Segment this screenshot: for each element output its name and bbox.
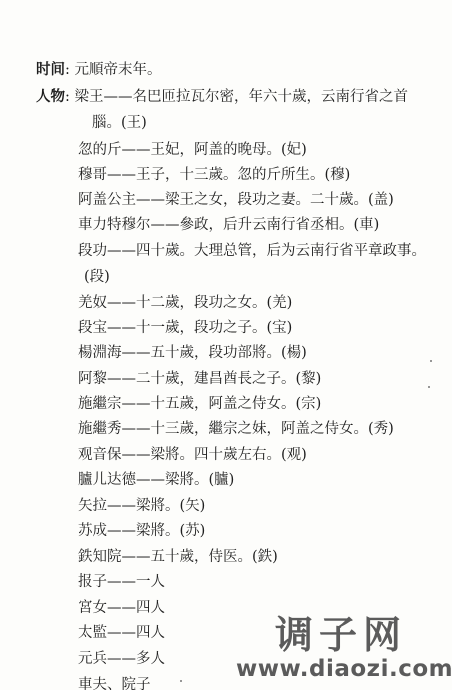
cast-entry: 羌奴——十二歲，段功之女。(羌) — [78, 294, 292, 312]
cast-entry: 鉄知院——五十歲，侍医。(鉄) — [78, 548, 278, 566]
cast-entry: 阿黎——二十歲，建昌酋長之子。(黎) — [78, 370, 321, 388]
cast-row-first: 人物: 梁王——名巴匝拉瓦尔密，年六十歲，云南行省之首 — [36, 88, 408, 106]
cast-entry: 段功——四十歲。大理总管，后为云南行省平章政事。 — [78, 242, 426, 260]
cast-entry: 楊淵海——五十歲，段功部將。(楊) — [78, 344, 307, 362]
cast-entry: 忽的斤——王妃，阿盖的晚母。(妃) — [78, 141, 307, 159]
watermark-site-name: 调子网 — [236, 614, 446, 656]
cast-label: 人物 — [36, 89, 65, 105]
cast-entry-liangwang-cont: 腦。(王) — [92, 114, 147, 132]
cast-entry-cont: (段) — [84, 268, 110, 286]
cast-entry: 施繼宗——十五歲，阿盖之侍女。(宗) — [78, 395, 321, 413]
cast-entry: 元兵——多人 — [78, 650, 165, 668]
scan-speck — [428, 386, 430, 388]
cast-colon: : — [65, 89, 70, 105]
cast-entry: 矢拉——梁將。(矢) — [78, 497, 205, 515]
scan-speck — [180, 680, 182, 682]
cast-entry: 报子——一人 — [78, 573, 165, 591]
scan-speck — [430, 360, 432, 362]
cast-entry-liangwang: 梁王——名巴匝拉瓦尔密，年六十歲，云南行省之首 — [75, 89, 409, 105]
watermark-url: www.diaozi.com — [236, 656, 446, 682]
watermark: 调子网 www.diaozi.com — [236, 614, 446, 682]
cast-entry: 施繼秀——十三歲，繼宗之妹，阿盖之侍女。(秀) — [78, 420, 394, 438]
cast-entry: 車力特穆尔——參政，后升云南行省丞相。(車) — [78, 216, 379, 234]
cast-entry: 穆哥——王子，十三歲。忽的斤所生。(穆) — [78, 166, 350, 184]
time-label: 时间 — [36, 62, 65, 78]
time-colon: : — [65, 62, 70, 78]
cast-entry: 段宝——十一歲，段功之子。(宝) — [78, 319, 292, 337]
cast-entry: 臚儿达德——梁將。(臚) — [78, 471, 234, 489]
cast-entry: 阿盖公主——梁王之女，段功之妻。二十歲。(盖) — [78, 191, 394, 209]
time-row: 时间: 元順帝末年。 — [36, 61, 162, 79]
cast-entry: 观音保——梁將。四十歲左右。(观) — [78, 446, 307, 464]
time-value: 元順帝末年。 — [75, 62, 162, 78]
cast-entry: 宮女——四人 — [78, 599, 165, 617]
cast-entry: 車夫、院子 — [78, 676, 151, 690]
script-cast-page: 时间: 元順帝末年。 人物: 梁王——名巴匝拉瓦尔密，年六十歲，云南行省之首 腦… — [0, 0, 452, 690]
cast-entry: 太監——四人 — [78, 624, 165, 642]
cast-entry: 苏成——梁將。(苏) — [78, 522, 205, 540]
